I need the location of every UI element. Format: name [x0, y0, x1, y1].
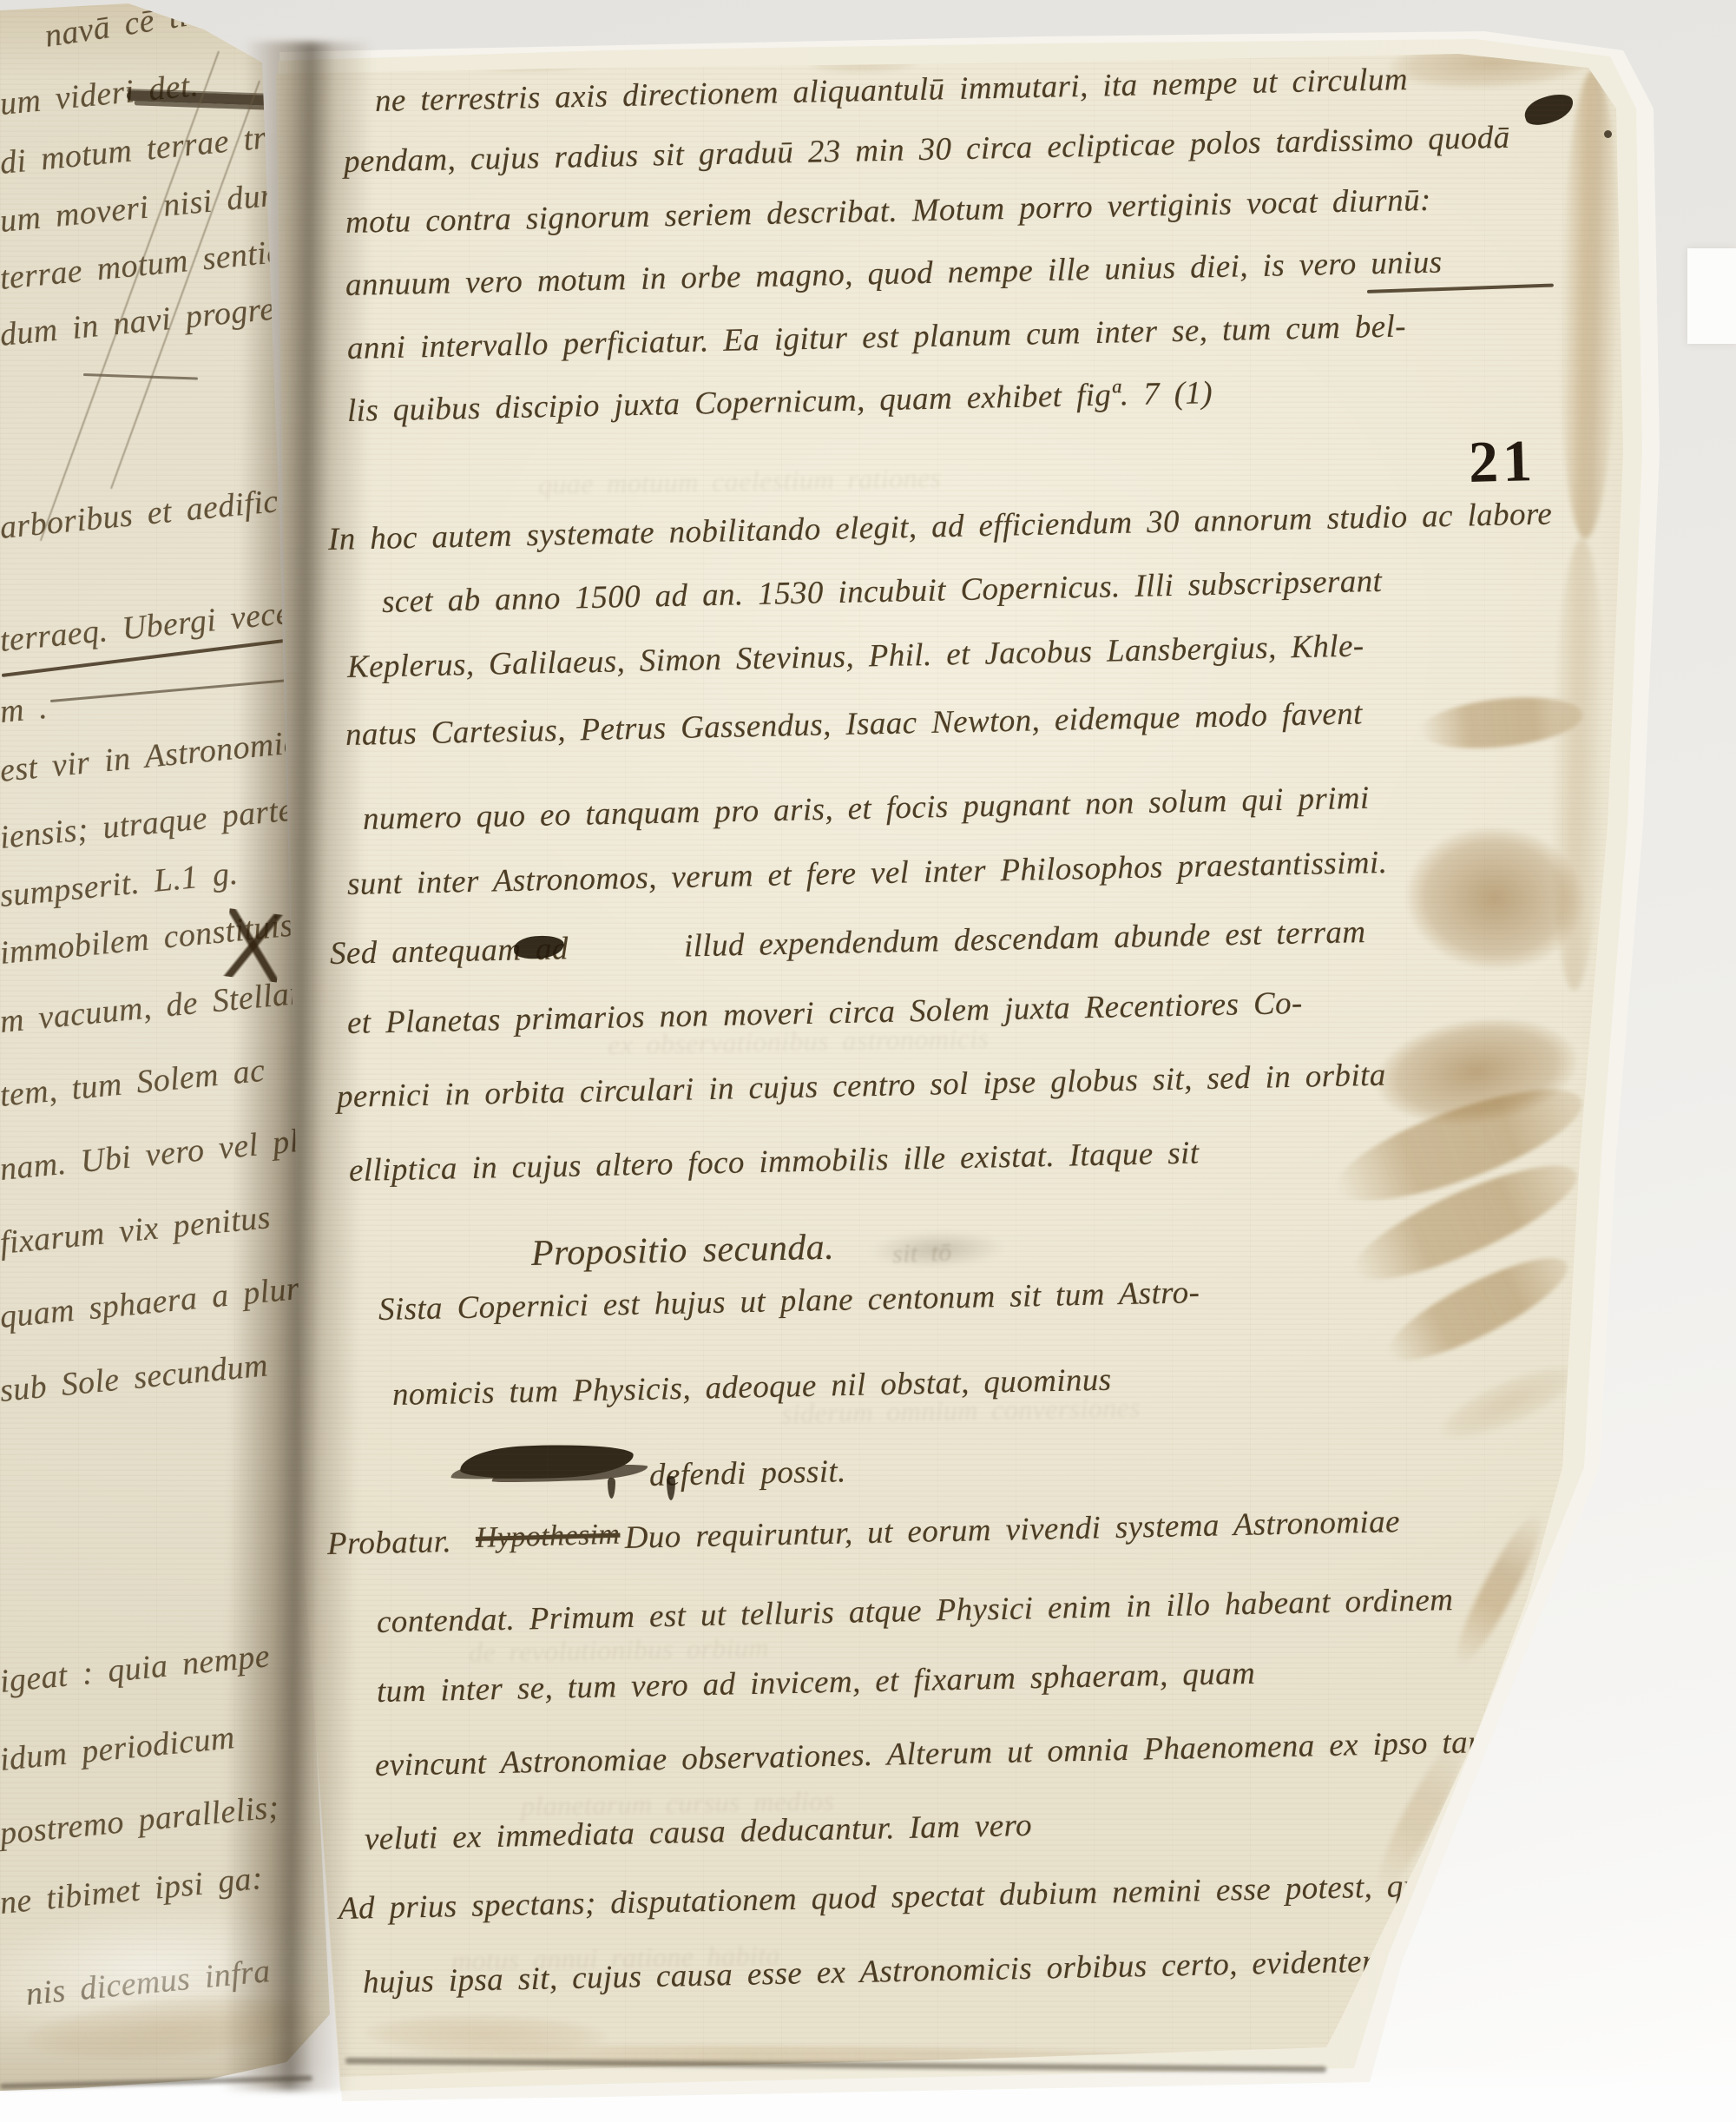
page-artifact [667, 1476, 675, 1500]
page-artifact: siderum omnium conversiones [781, 1392, 1141, 1430]
page-artifact [1521, 89, 1576, 129]
page-artifact: ex observationibus astronomicis [608, 1022, 990, 1061]
page-artifact [1367, 283, 1554, 293]
book-gutter-shadow [222, 41, 374, 2091]
page-artifact [608, 1478, 615, 1499]
page-artifact [459, 1442, 634, 1481]
page-artifact: quae motuum caelestium rationes [538, 462, 942, 501]
page-artifact [40, 51, 220, 541]
page-artifact: motus annui ratione habita [451, 1939, 781, 1977]
page-artifact [513, 934, 565, 960]
page-artifact [1604, 130, 1612, 138]
manuscript-photo: navā cē tibi semper cumum videri det.di … [0, 0, 1736, 2122]
backdrop-white-card [1687, 248, 1736, 344]
page-artifact: Hypothesim [476, 1519, 621, 1555]
page-artifact: planetarum cursus medios [521, 1785, 835, 1822]
page-artifact [1432, 1353, 1585, 1453]
page-artifact: sit tō [891, 1238, 952, 1269]
page-artifact [1556, 69, 1621, 539]
page-artifact: de revolutionibus orbium [469, 1631, 770, 1669]
